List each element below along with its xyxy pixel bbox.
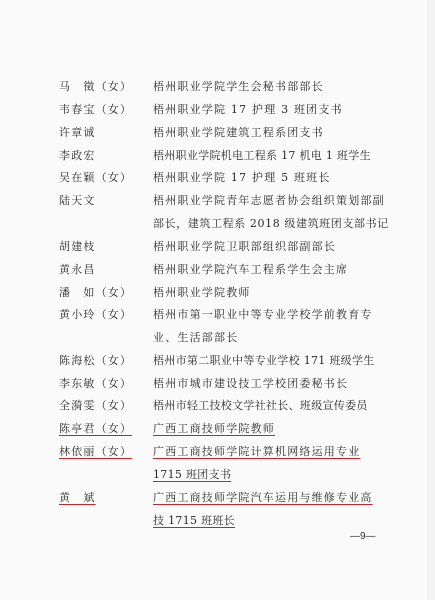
person-name: 陆天文 — [59, 194, 96, 208]
person-description: 梧州职业学院青年志愿者协会组织策划部副 — [153, 194, 385, 208]
person-name: 陈亭君（女） — [59, 422, 132, 436]
person-description: 梧州职业学院教师 — [153, 286, 251, 300]
person-name: 黄 斌 — [59, 491, 96, 505]
person-description: 梧州市第二职业中等专业学校 171 班级学生 — [153, 354, 375, 368]
person-name: 李政宏 — [59, 149, 96, 163]
person-description: 广西工商技师学院计算机网络运用专业 — [153, 445, 360, 459]
person-name: 马 徵（女） — [59, 80, 132, 94]
person-description: 梧州市轻工技校文学社社长、班级宣传委员 — [153, 399, 368, 413]
person-name: 韦春宝（女） — [59, 103, 132, 117]
person-description: 梧州职业学院卫职部组织部副部长 — [153, 240, 336, 254]
person-description: 梧州市第一职业中等专业学校学前教育专 — [153, 308, 373, 322]
person-description: 梧州职业学院建筑工程系团支书 — [153, 126, 324, 140]
person-name: 林依丽（女） — [59, 445, 132, 459]
person-description: 梧州职业学院机电工程系 17 机电 1 班学生 — [153, 149, 371, 163]
person-description: 梧州职业学院学生会秘书部部长 — [153, 80, 324, 94]
person-name: 黄小玲（女） — [59, 308, 132, 322]
person-description: 技 1715 班班长 — [153, 514, 235, 528]
person-description: 梧州职业学院汽车工程系学生会主席 — [153, 263, 348, 277]
person-description: 梧州市城市建设技工学校团委秘书长 — [153, 377, 348, 391]
person-name: 潘 如（女） — [59, 286, 132, 300]
page-edge — [427, 0, 435, 600]
person-description: 梧州职业学院 17 护理 3 班团支书 — [153, 103, 343, 117]
person-name: 黄永昌 — [59, 263, 96, 277]
page-number: —9— — [350, 531, 376, 542]
person-description: 1715 班团支书 — [153, 468, 231, 482]
person-description: 广西工商技师学院汽车运用与维修专业高 — [153, 491, 373, 505]
person-description: 梧州职业学院 17 护理 5 班班长 — [153, 171, 331, 185]
person-description: 广西工商技师学院教师 — [153, 422, 275, 436]
person-name: 胡建枝 — [59, 240, 96, 254]
person-name: 李东敏（女） — [59, 377, 132, 391]
person-name: 陈海松（女） — [59, 354, 132, 368]
person-name: 吴在颖（女） — [59, 171, 132, 185]
person-description: 业、生活部部长 — [153, 331, 238, 345]
person-name: 全漪雯（女） — [59, 399, 132, 413]
person-name: 许章诚 — [59, 126, 96, 140]
person-description: 部长，建筑工程系 2018 级建筑班团支部书记 — [153, 217, 389, 231]
